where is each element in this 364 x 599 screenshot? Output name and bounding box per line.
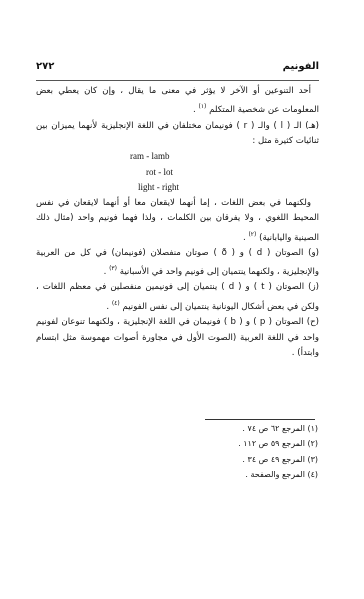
item-text: (ز) الصوتان ( t ) و ( d ) ينتميان إلى فو…: [36, 282, 319, 311]
footnote-ref: (٤): [112, 300, 120, 307]
book-page: الفونيم ٢٧٢ أحد التنوعين أو الآخر لا يؤث…: [0, 0, 364, 599]
footnote: (٢) المرجع ٥٩ ص ١١٢ .: [238, 436, 318, 451]
paragraph-text: أحد التنوعين أو الآخر لا يؤثر في معنى ما…: [36, 86, 319, 115]
footnote-divider: [205, 419, 315, 420]
item-text: (و) الصوتان ( d ) و ( ð ) صوتان منفصلان …: [36, 248, 319, 277]
item-z: (ز) الصوتان ( t ) و ( d ) ينتميان إلى فو…: [36, 280, 319, 315]
running-header: الفونيم ٢٧٢: [36, 61, 319, 75]
item-h2: (ح) الصوتان ( p ) و ( b ) فونيمان في الل…: [36, 315, 319, 361]
paragraph-continuation: أحد التنوعين أو الآخر لا يؤثر في معنى ما…: [36, 84, 319, 119]
item-text: (ح) الصوتان ( p ) و ( b ) فونيمان في الل…: [36, 317, 319, 358]
item-w: (و) الصوتان ( d ) و ( ð ) صوتان منفصلان …: [36, 246, 319, 281]
footnote-ref: (٣): [109, 265, 117, 272]
footnote-ref: (١): [198, 103, 206, 110]
minimal-pairs-list: ram - lamb rot - lot light - right: [130, 149, 319, 195]
footnote: (٣) المرجع ٤٩ ص ٣٤ .: [238, 452, 318, 467]
header-divider: [36, 80, 319, 81]
footnote: (١) المرجع ٦٢ ص ٧٤ .: [238, 421, 318, 436]
chapter-title: الفونيم: [283, 61, 319, 72]
example-pair: ram - lamb: [130, 149, 319, 164]
example-pair: rot - lot: [130, 165, 319, 180]
page-number: ٢٧٢: [36, 61, 54, 72]
item-h-follow: ولكنهما في بعض اللغات ، إما أنهما لايقعا…: [36, 196, 319, 246]
paragraph-text: ولكنهما في بعض اللغات ، إما أنهما لايقعا…: [36, 198, 319, 243]
footnote: (٤) المرجع والصفحة .: [238, 467, 318, 482]
item-text: (هـ) الـ ( l ) والـ ( r ) فونيمان مختلفا…: [36, 121, 319, 146]
footnote-ref: (٢): [248, 231, 256, 238]
example-pair: light - right: [130, 180, 319, 195]
item-h: (هـ) الـ ( l ) والـ ( r ) فونيمان مختلفا…: [36, 119, 319, 150]
footnotes: (١) المرجع ٦٢ ص ٧٤ . (٢) المرجع ٥٩ ص ١١٢…: [238, 421, 318, 483]
body-text: أحد التنوعين أو الآخر لا يؤثر في معنى ما…: [36, 84, 319, 361]
